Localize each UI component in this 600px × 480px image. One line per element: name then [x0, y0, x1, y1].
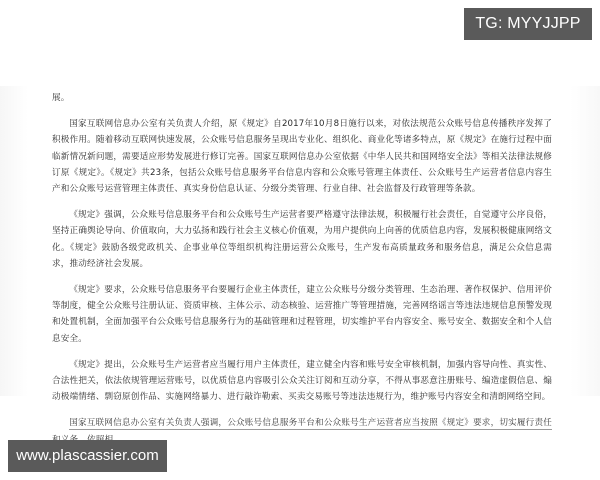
watermark-url-badge: www.plascassier.com [8, 440, 167, 472]
paragraph-fragment: 展。 [52, 90, 552, 106]
watermark-tg-badge: TG: MYYJJPP [464, 8, 592, 40]
document-body: 展。 国家互联网信息办公室有关负责人介绍，原《规定》自2017年10月8日施行以… [52, 90, 552, 458]
paragraph-emphasis: 《规定》强调，公众账号信息服务平台和公众账号生产运营者要严格遵守法律法规，积极履… [52, 207, 552, 272]
paragraph-introduction: 国家互联网信息办公室有关负责人介绍，原《规定》自2017年10月8日施行以来，对… [52, 116, 552, 197]
page: 展。 国家互联网信息办公室有关负责人介绍，原《规定》自2017年10月8日施行以… [0, 0, 600, 480]
paragraph-platform-requirements: 《规定》要求，公众账号信息服务平台要履行企业主体责任，建立公众账号分级分类管理、… [52, 282, 552, 347]
paragraph-operator-requirements: 《规定》提出，公众账号生产运营者应当履行用户主体责任，建立健全内容和账号安全审核… [52, 357, 552, 406]
